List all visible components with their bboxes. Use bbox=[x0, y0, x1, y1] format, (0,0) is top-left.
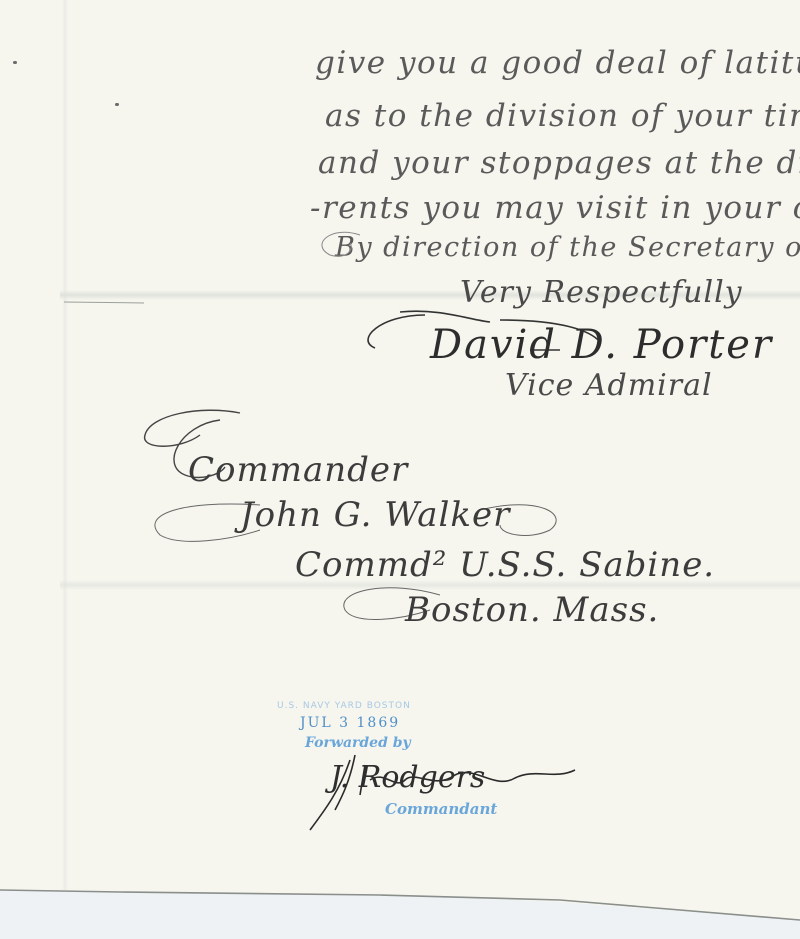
by-flourish bbox=[310, 225, 370, 265]
letter-body-line-1: give you a good deal of latitude bbox=[315, 45, 800, 81]
letter-body-line-2: as to the division of your time bbox=[325, 98, 800, 134]
paper-speck bbox=[13, 61, 17, 64]
stamp-forwarded: Forwarded by bbox=[305, 735, 411, 751]
stamp-date: JUL 3 1869 bbox=[300, 715, 400, 731]
stamp-title: Commandant bbox=[385, 800, 497, 818]
paper-speck bbox=[115, 103, 119, 106]
paper-bottom-edge bbox=[0, 888, 800, 928]
address-line-name: John G. Walker bbox=[240, 495, 510, 535]
address-line-rank: Commander bbox=[188, 450, 408, 490]
address-line-city: Boston. Mass. bbox=[405, 590, 659, 630]
stamp-header: U.S. NAVY YARD BOSTON bbox=[277, 701, 411, 711]
signer-title: Vice Admiral bbox=[505, 368, 713, 403]
letter-body-line-4: -rents you may visit in your cruise bbox=[310, 190, 800, 226]
letter-body-line-3: and your stoppages at the diffe- bbox=[318, 145, 800, 181]
fold-crease-vertical bbox=[62, 0, 68, 890]
letter-body-line-5: By direction of the Secretary of the Nav… bbox=[335, 232, 800, 263]
letter-closing: Very Respectfully bbox=[460, 275, 743, 310]
commandant-signature: J. Rodgers bbox=[330, 760, 485, 795]
letter-signature: David D. Porter bbox=[430, 322, 773, 368]
crease-mark bbox=[64, 300, 154, 306]
